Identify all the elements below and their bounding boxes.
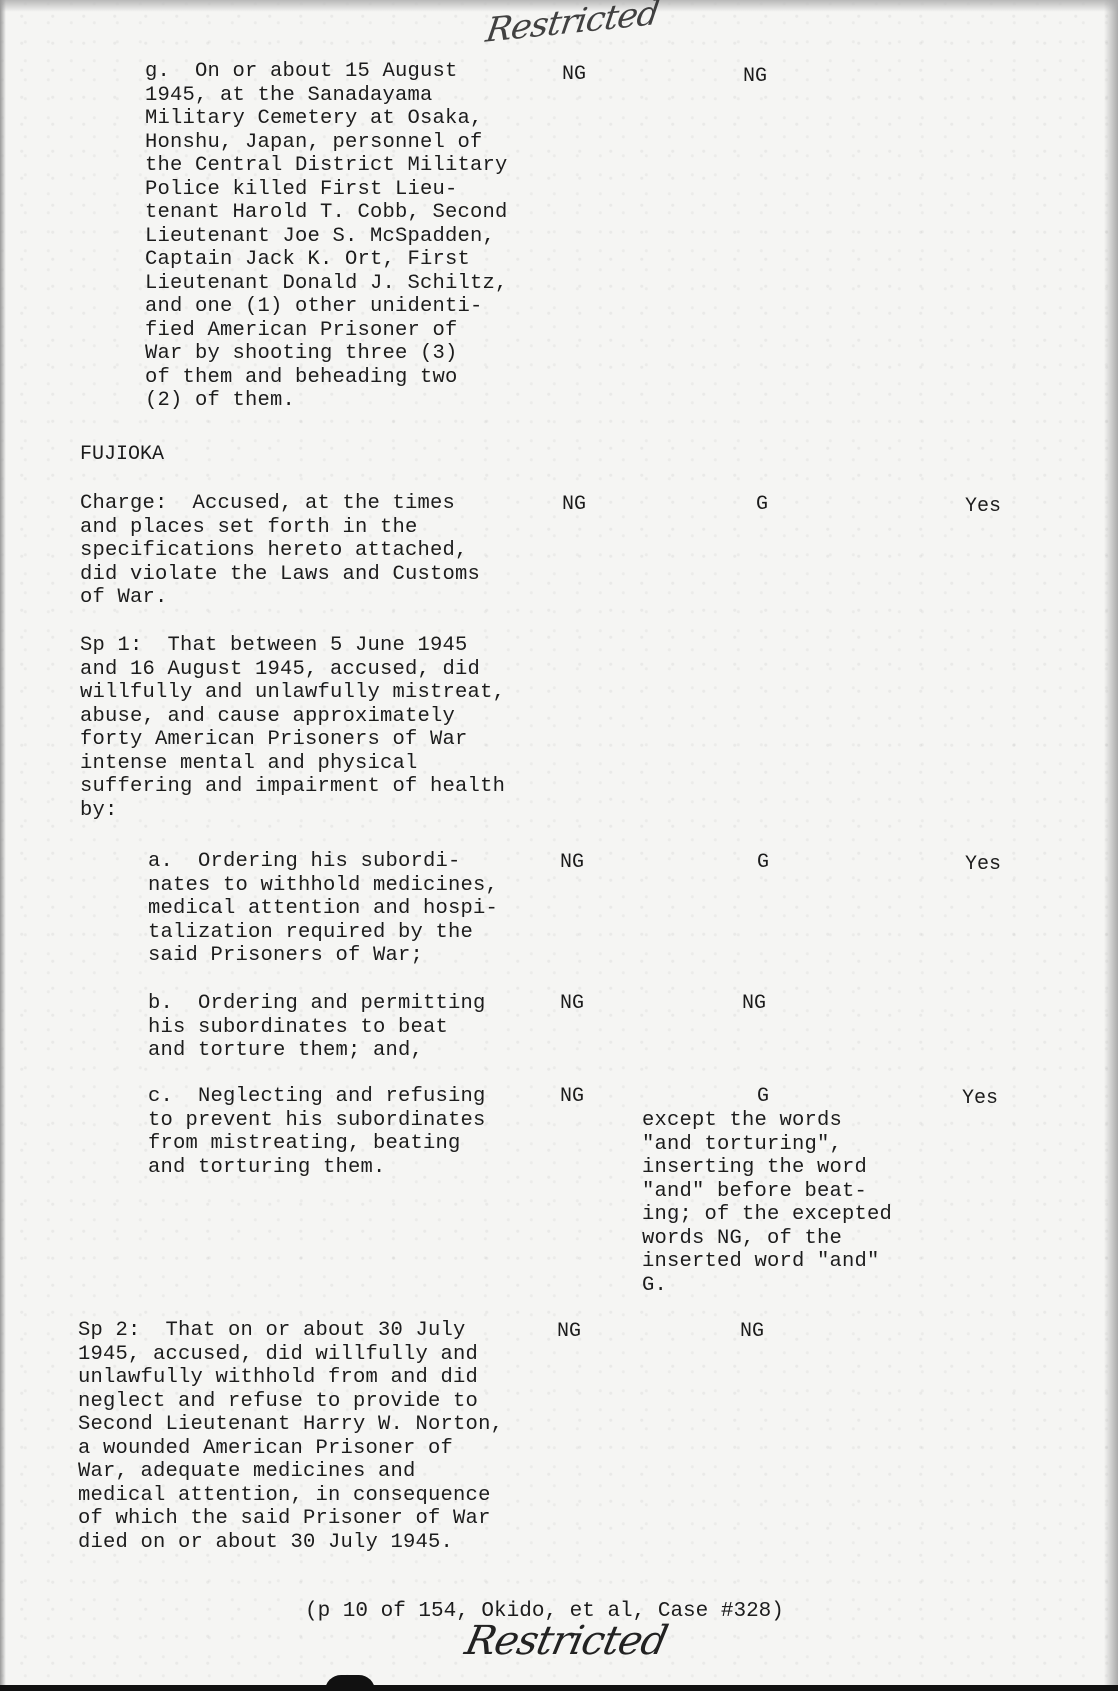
charge-text: Charge: Accused, at the times and places… — [80, 492, 480, 610]
scan-edge-left — [0, 0, 6, 1691]
sp2-plea: NG — [557, 1320, 581, 1343]
sp1-a-plea: NG — [560, 851, 584, 874]
sp1-b-plea: NG — [560, 992, 584, 1015]
spec-g-plea: NG — [562, 63, 586, 86]
sp2-finding: NG — [740, 1320, 764, 1343]
spec-g-text: g. On or about 15 August 1945, at the Sa… — [145, 60, 508, 413]
sp1-c-finding-note: except the words "and torturing", insert… — [642, 1109, 892, 1297]
document-page: Restricted g. On or about 15 August 1945… — [0, 0, 1118, 1691]
sp1-a-approved: Yes — [965, 853, 1001, 876]
sp1-a-text: a. Ordering his subordi- nates to withho… — [148, 850, 498, 968]
sp1-text: Sp 1: That between 5 June 1945 and 16 Au… — [80, 634, 505, 822]
sp1-b-finding: NG — [742, 992, 766, 1015]
scan-edge-bottom — [0, 1685, 1118, 1691]
sp1-a-finding: G — [757, 851, 769, 874]
sp1-b-text: b. Ordering and permitting his subordina… — [148, 992, 486, 1063]
restricted-stamp-bottom: Restricted — [461, 1618, 671, 1664]
charge-approved: Yes — [965, 495, 1001, 518]
charge-plea: NG — [562, 493, 586, 516]
sp1-c-approved: Yes — [962, 1087, 998, 1110]
scan-edge-right — [1104, 0, 1118, 1691]
sp1-c-text: c. Neglecting and refusing to prevent hi… — [148, 1085, 486, 1179]
charge-finding: G — [756, 493, 768, 516]
spec-g-finding: NG — [743, 65, 767, 88]
sp2-text: Sp 2: That on or about 30 July 1945, acc… — [78, 1319, 503, 1554]
sp1-c-finding: G — [757, 1085, 769, 1108]
accused-heading: FUJIOKA — [80, 443, 164, 466]
sp1-c-plea: NG — [560, 1085, 584, 1108]
